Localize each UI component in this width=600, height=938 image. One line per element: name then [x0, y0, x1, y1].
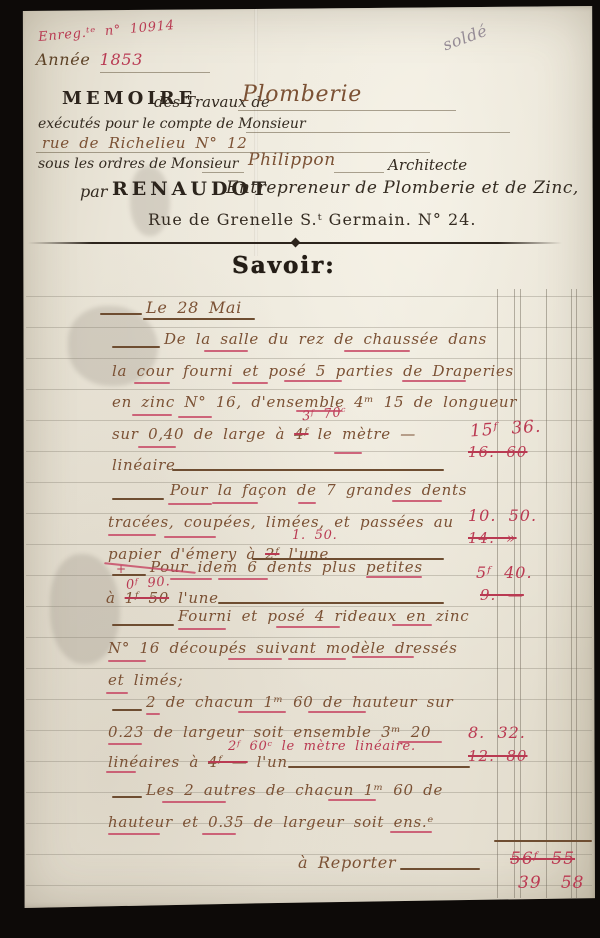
paragraph-lead-line	[112, 796, 142, 798]
red-underline	[232, 382, 268, 384]
year-label: Année	[36, 50, 91, 69]
red-underline	[218, 578, 268, 580]
paragraph-closing-line	[218, 602, 444, 604]
red-underline	[108, 833, 160, 835]
total-struck: 56ᶠ 55	[510, 849, 575, 869]
contractor-address: Rue de Grenelle S.ᵗ Germain. N° 24.	[148, 210, 476, 229]
entry-line: sur 0,40 de large à 4ᶠ le mètre —	[112, 425, 416, 443]
street-fill-rule	[36, 152, 430, 153]
red-underline	[212, 502, 258, 504]
red-underline	[352, 656, 414, 658]
entry-line: tracées, coupées, limées, et passées au	[108, 513, 454, 531]
red-underline	[134, 382, 170, 384]
entry-line: 2 de chacun 1ᵐ 60 de hauteur sur	[146, 693, 453, 711]
year-value: 1853	[100, 50, 144, 69]
paid-note: soldé	[440, 21, 490, 55]
entry-line: N° 16 découpés suivant modèle dressés	[108, 639, 458, 657]
registration-note: Enreg.ᵗᵉ n° 10914	[38, 18, 176, 45]
amount-entry: 8. 32.	[468, 723, 526, 742]
red-underline	[202, 833, 236, 835]
red-underline	[168, 503, 212, 505]
red-underline	[238, 711, 286, 713]
paragraph-closing-line	[288, 766, 470, 768]
red-underline	[204, 350, 248, 352]
architect-name-fill: Philippon	[248, 150, 336, 170]
red-underline	[276, 626, 340, 628]
red-underline	[132, 414, 172, 416]
red-underline	[308, 711, 366, 713]
entry-line: linéaire	[112, 456, 176, 474]
title-fill-rule	[238, 110, 456, 111]
paragraph-lead-line	[112, 624, 174, 626]
amount-entry: 5ᶠ 40.	[476, 563, 533, 582]
struck-price: 1ᶠ 50	[125, 589, 169, 607]
entry-line: à 1ᶠ 50 l'une	[106, 589, 219, 607]
year-underline	[100, 72, 210, 73]
red-underline	[108, 743, 142, 745]
carry-forward-line	[400, 868, 480, 870]
red-underline	[334, 452, 362, 454]
entry-line: Les 2 autres de chacun 1ᵐ 60 de	[146, 781, 443, 799]
red-underline	[228, 658, 282, 660]
client-line: exécutés pour le compte de Monsieur	[38, 116, 306, 132]
orders-line: sous les ordres de Monsieur	[38, 156, 239, 172]
entry-text: l'un	[257, 753, 288, 771]
entry-line: linéaires à 4ᶠ — l'un	[108, 753, 288, 771]
entry-line: la cour fourni et posé 5 parties de Drap…	[112, 362, 514, 380]
red-underline	[178, 416, 212, 418]
contractor-title: Entrepreneur de Plomberie et de Zinc,	[226, 178, 579, 198]
amount-struck: 16. 60	[468, 443, 527, 461]
paragraph-lead-line	[112, 498, 164, 500]
date-line: Le 28 Mai	[146, 298, 242, 317]
date-underline	[143, 318, 255, 320]
red-underline	[296, 410, 342, 412]
money-column-line	[576, 289, 577, 898]
money-column-line	[571, 289, 572, 898]
red-underline	[146, 713, 160, 715]
architect-label: Architecte	[388, 156, 467, 174]
total-amount: 39 58	[518, 873, 584, 893]
paragraph-lead-line	[112, 709, 142, 711]
paragraph-closing-line	[172, 469, 444, 471]
red-underline	[328, 799, 376, 801]
document-page: Enreg.ᵗᵉ n° 10914 Année 1853 soldé MEMOI…	[20, 6, 595, 908]
red-underline	[392, 624, 432, 626]
orders-fill-rule-2	[334, 172, 384, 173]
entry-line: Pour la façon de 7 grandes dents	[170, 481, 467, 499]
red-underline	[344, 350, 410, 352]
red-underline	[138, 446, 176, 448]
year-line: Année 1853	[36, 50, 143, 69]
red-underline	[178, 628, 226, 630]
red-underline	[298, 502, 316, 504]
amount-struck: 14. »	[468, 529, 517, 547]
photo-background: Enreg.ᵗᵉ n° 10914 Année 1853 soldé MEMOI…	[0, 0, 600, 938]
red-underline	[398, 741, 442, 743]
red-underline	[366, 576, 422, 578]
corrected-price: 2ᶠ 60ᶜ le mètre linéaire.	[228, 739, 416, 754]
red-underline	[284, 380, 342, 382]
red-underline	[170, 578, 212, 580]
paragraph-lead-line	[100, 313, 142, 315]
struck-price: 4ᶠ —	[208, 753, 248, 771]
divider-ornament	[291, 238, 301, 248]
amount-struck: 9. —	[480, 586, 524, 604]
par-label: par	[80, 182, 107, 201]
entry-text: linéaires à	[108, 753, 199, 771]
struck-price: 4ᶠ	[294, 425, 308, 443]
red-underline	[402, 380, 466, 382]
red-underline	[164, 536, 216, 538]
entry-text: l'une	[178, 589, 219, 607]
entry-line: hauteur et 0.35 de largeur soit ens.ᵉ	[108, 813, 434, 831]
money-column-line	[546, 289, 547, 898]
total-rule	[494, 840, 592, 842]
entry-line: De la salle du rez de chaussée dans	[164, 330, 487, 348]
entry-line: et limés;	[108, 671, 183, 689]
red-underline	[106, 771, 136, 773]
orders-fill-rule-1	[202, 172, 244, 173]
red-underline	[392, 500, 442, 502]
carry-forward-label: à Reporter	[298, 853, 396, 872]
corrected-price: 1. 50.	[292, 528, 337, 543]
amount-struck: 12. 80	[468, 747, 527, 765]
work-type-fill: Plomberie	[242, 82, 362, 107]
red-underline	[106, 692, 128, 694]
red-underline	[288, 658, 346, 660]
entry-text: le mètre —	[318, 425, 416, 443]
savoir-heading: Savoir:	[232, 252, 336, 279]
amount-entry: 10. 50.	[468, 506, 537, 525]
red-underline	[390, 831, 432, 833]
red-underline	[108, 534, 156, 536]
entry-text: à	[106, 589, 116, 607]
entry-text: sur 0,40 de large à	[112, 425, 285, 443]
red-underline	[108, 660, 146, 662]
client-fill-rule	[246, 132, 510, 133]
street-line: rue de Richelieu N° 12	[42, 134, 248, 152]
red-underline	[162, 801, 226, 803]
paragraph-lead-line	[112, 346, 160, 348]
entry-line: Fourni et posé 4 rideaux en zinc	[178, 607, 469, 625]
